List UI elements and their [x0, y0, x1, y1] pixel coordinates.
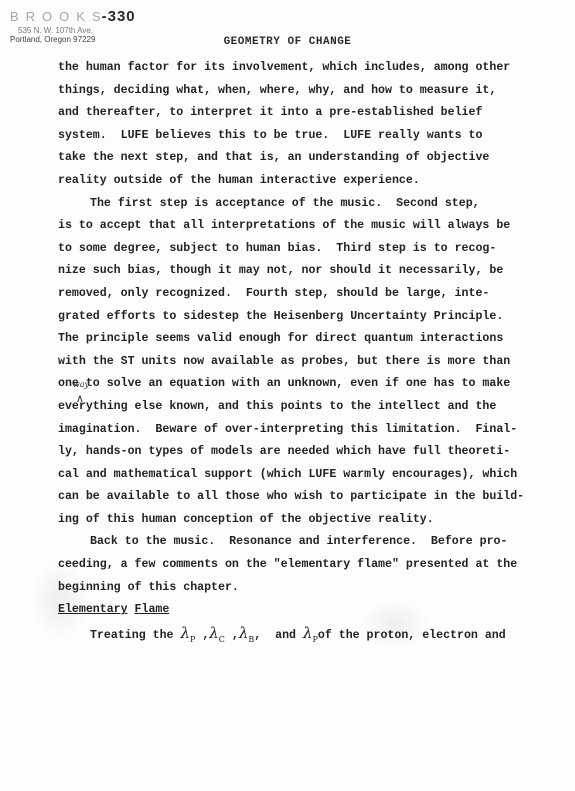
text-line: ly, hands-on types of models are needed … — [58, 441, 558, 464]
lambda-symbol: λP — [180, 624, 195, 642]
paragraph-2: The first step is acceptance of the musi… — [58, 193, 558, 532]
text-line: everything else known, and this points t… — [58, 396, 558, 419]
text-fragment: , and — [254, 629, 303, 642]
caret-mark: ∧ — [76, 388, 84, 411]
text-line: ing of this human conception of the obje… — [58, 509, 558, 532]
text-fragment: , — [225, 629, 239, 642]
text-line: things, deciding what, when, where, why,… — [58, 80, 558, 103]
text-line: grated efforts to sidestep the Heisenber… — [58, 306, 558, 329]
document-page: BROOKS-330 535 N. W. 107th Ave. Portland… — [0, 0, 575, 791]
text-line: cal and mathematical support (which LUFE… — [58, 464, 558, 487]
text-line-with-insertion: oneway∧ to solve an equation with an unk… — [58, 373, 558, 396]
stamp-number: -330 — [102, 8, 136, 25]
text-line: imagination. Beware of over-interpreting… — [58, 419, 558, 442]
heading-word: Flame — [135, 603, 170, 616]
lambda-symbol: λB — [239, 624, 254, 642]
text-line: Back to the music. Resonance and interfe… — [58, 531, 558, 554]
text-line: the human factor for its involvement, wh… — [58, 57, 558, 80]
text-fragment: , — [195, 629, 209, 642]
text-line: ceeding, a few comments on the "elementa… — [58, 554, 558, 577]
paragraph-3: Back to the music. Resonance and interfe… — [58, 531, 558, 599]
text-line: beginning of this chapter. — [58, 577, 558, 600]
page-title: GEOMETRY OF CHANGE — [0, 36, 575, 48]
text-line: and thereafter, to interpret it into a p… — [58, 102, 558, 125]
stamp-name: BROOKS — [10, 9, 108, 24]
text-fragment: to solve an equation with an unknown, ev… — [79, 377, 510, 390]
text-line: system. LUFE believes this to be true. L… — [58, 125, 558, 148]
document-body: the human factor for its involvement, wh… — [58, 57, 558, 644]
lambda-symbol: λC — [209, 624, 225, 642]
stamp-address-line1: 535 N. W. 107th Ave. — [18, 26, 136, 35]
text-line: is to accept that all interpretations of… — [58, 215, 558, 238]
text-line: to some degree, subject to human bias. T… — [58, 238, 558, 261]
paragraph-4: Treating the λP ,λC ,λB, and λPof the pr… — [58, 622, 558, 645]
heading-word: Elementary — [58, 603, 128, 616]
section-heading: Elementary Flame — [58, 599, 558, 622]
lambda-symbol: λP — [303, 624, 318, 642]
text-line: removed, only recognized. Fourth step, s… — [58, 283, 558, 306]
text-line: reality outside of the human interactive… — [58, 170, 558, 193]
text-line: nize such bias, though it may not, nor s… — [58, 260, 558, 283]
text-line: can be available to all those who wish t… — [58, 486, 558, 509]
text-fragment: Treating the — [90, 629, 180, 642]
text-fragment: of the proton, electron and — [318, 629, 506, 642]
paragraph-1: the human factor for its involvement, wh… — [58, 57, 558, 193]
text-line: with the ST units now available as probe… — [58, 351, 558, 374]
text-line: The first step is acceptance of the musi… — [58, 193, 558, 216]
text-line: take the next step, and that is, an unde… — [58, 147, 558, 170]
text-line: The principle seems valid enough for dir… — [58, 328, 558, 351]
